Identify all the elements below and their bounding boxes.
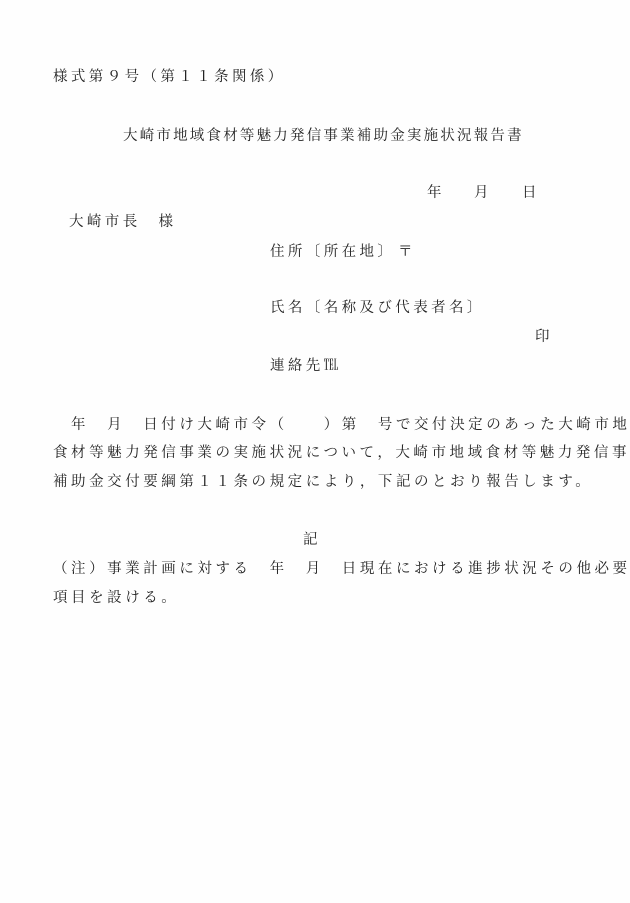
form-number: 様式第９号（第１１条関係）	[53, 67, 286, 87]
postal-mark: 〒	[398, 242, 413, 262]
address-label: 住所〔所在地〕	[270, 242, 395, 262]
date-year-label: 年	[427, 183, 442, 203]
record-heading: 記	[303, 530, 318, 550]
document-title: 大崎市地域食材等魅力発信事業補助金実施状況報告書	[123, 126, 524, 146]
body-line: 年 月 日付け大崎市令（ ）第 号で交付決定のあった大崎市地域	[53, 415, 630, 435]
addressee: 大崎市長 様	[69, 212, 176, 232]
seal-label: 印	[535, 327, 550, 347]
body-line: 食材等魅力発信事業の実施状況について，大崎市地域食材等魅力発信事業	[53, 443, 630, 463]
date-month-label: 月	[474, 183, 489, 203]
note-line: （注）事業計画に対する 年 月 日現在における進捗状況その他必要な	[53, 559, 630, 579]
name-label: 氏名〔名称及び代表者名〕	[270, 298, 485, 318]
contact-label: 連絡先℡	[270, 356, 342, 376]
note-line: 項目を設ける。	[53, 588, 179, 608]
date-day-label: 日	[522, 183, 537, 203]
body-line: 補助金交付要綱第１１条の規定により，下記のとおり報告します。	[53, 472, 593, 492]
